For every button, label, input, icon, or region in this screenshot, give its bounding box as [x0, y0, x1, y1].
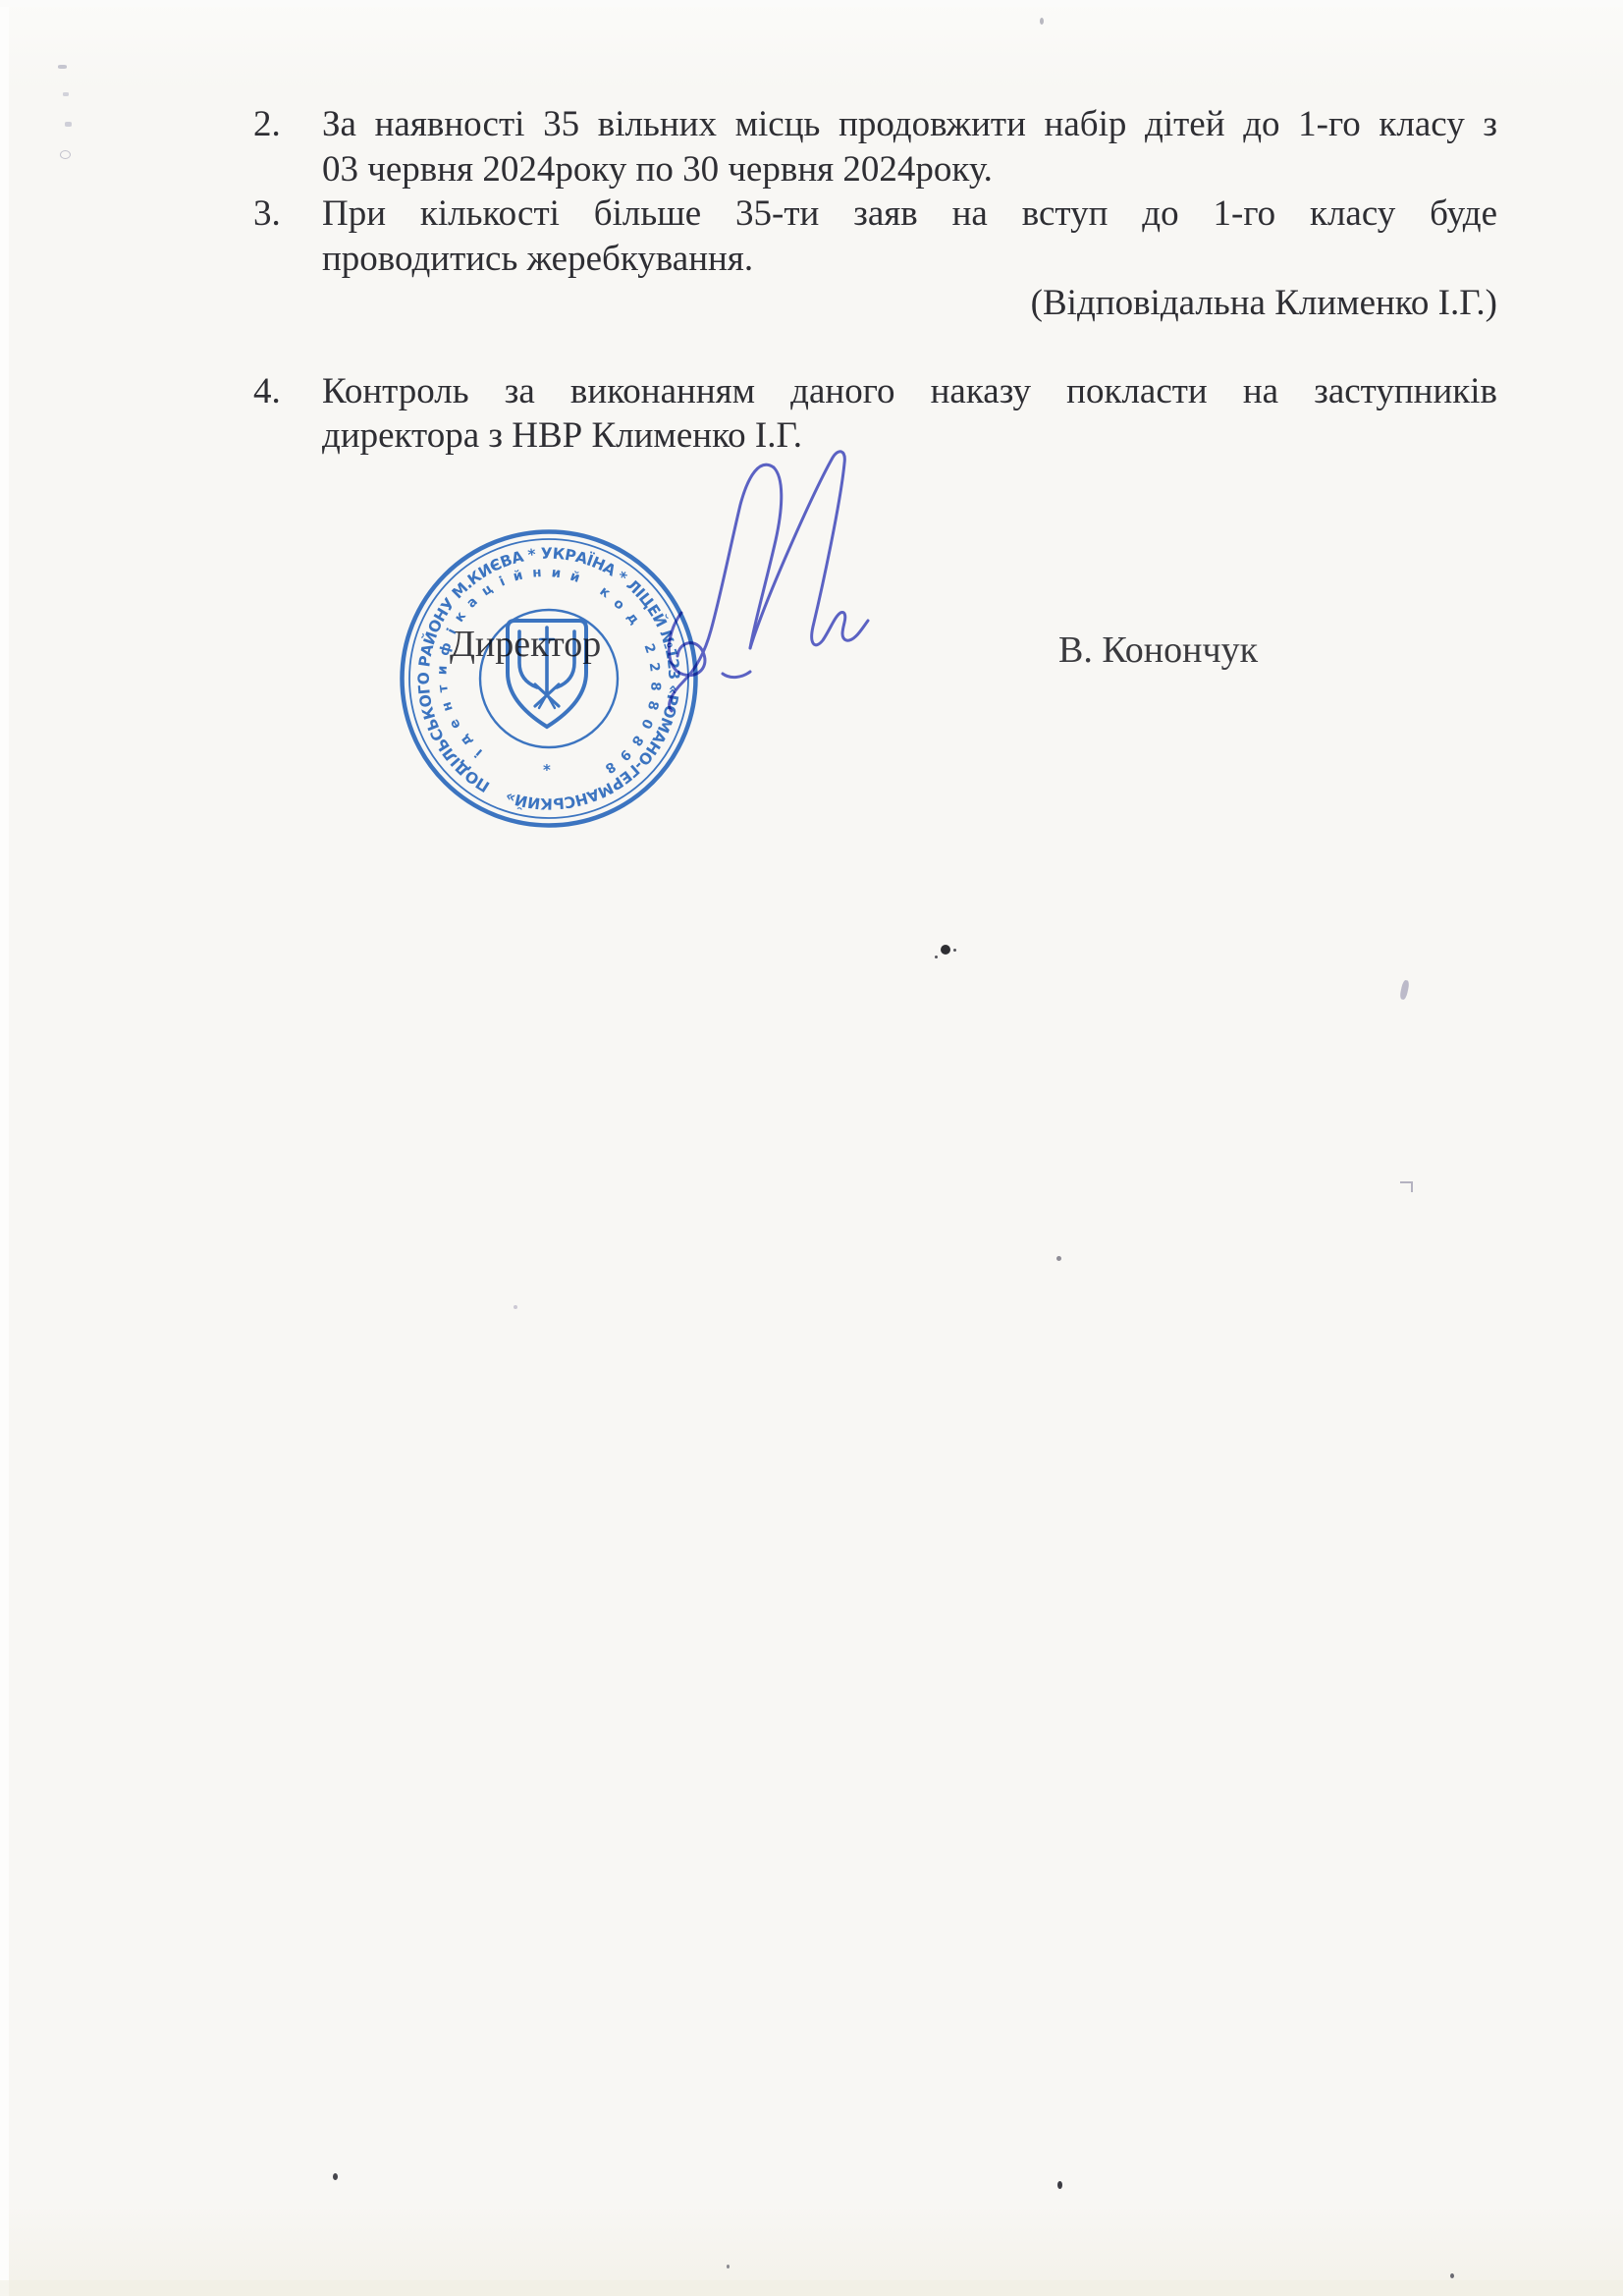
ink-speck: [953, 949, 956, 952]
item-4-line-1: Контроль за виконанням даного наказу пок…: [322, 369, 1497, 414]
scan-speck: [333, 2173, 338, 2180]
item-2-number: 2.: [253, 102, 281, 147]
scan-speck: [727, 2265, 730, 2269]
responsible-note: (Відповідальна Клименко І.Г.): [253, 281, 1497, 326]
order-item-2: 2. За наявності 35 вільних місць продовж…: [253, 102, 1497, 191]
stamp-inner-ring-text: ідентифікаційний код 22880898: [434, 565, 663, 778]
item-3-line-2: проводитись жеребкування.: [322, 237, 1497, 282]
stamp-bottom-asterisk: *: [543, 761, 551, 779]
signature-stroke: [750, 452, 868, 648]
scan-speck: [1057, 2181, 1062, 2189]
scanned-document-page: 2. За наявності 35 вільних місць продовж…: [0, 0, 1623, 2296]
official-round-stamp: ПОДІЛЬСЬКОГО РАЙОНУ М.КИЄВА * УКРАЇНА * …: [398, 527, 700, 830]
item-4-number: 4.: [253, 369, 281, 414]
scan-speck: [1056, 1256, 1061, 1261]
signatory-name: В. Конончук: [1058, 629, 1258, 672]
order-text-block: 2. За наявності 35 вільних місць продовж…: [253, 102, 1497, 459]
item-4-line-2: директора з НВР Клименко І.Г.: [322, 413, 1497, 459]
order-item-3: 3. При кількості більше 35-ти заяв на вс…: [253, 191, 1497, 281]
signature-stroke: [669, 613, 705, 676]
ink-speck: [941, 945, 950, 955]
scan-edge-top: [0, 0, 1623, 7]
scan-speck: [1450, 2273, 1454, 2278]
ink-speck: [935, 956, 938, 958]
scan-smudge: [1399, 979, 1410, 1000]
scan-mark: [58, 65, 67, 69]
item-2-line-2: 03 червня 2024року по 30 червня 2024року…: [322, 147, 1497, 192]
signature-stroke: [750, 467, 782, 648]
item-3-line-1: При кількості більше 35-ти заяв на вступ…: [322, 191, 1497, 237]
scan-edge-bottom: [0, 2280, 1623, 2296]
item-3-number: 3.: [253, 191, 281, 237]
scan-mark: [63, 92, 69, 96]
scan-mark: [60, 150, 71, 159]
handwritten-signature: [660, 420, 895, 715]
scan-mark: [1040, 18, 1044, 25]
scan-mark: [65, 122, 72, 127]
scan-smudge: [1400, 1181, 1413, 1192]
scan-edge-left: [0, 0, 9, 2296]
trident-emblem-icon: [508, 621, 586, 727]
signature-stroke: [723, 672, 750, 678]
stamp-outer-circle: [403, 532, 696, 826]
scan-speck: [514, 1305, 517, 1309]
item-2-line-1: За наявності 35 вільних місць продовжити…: [322, 102, 1497, 147]
